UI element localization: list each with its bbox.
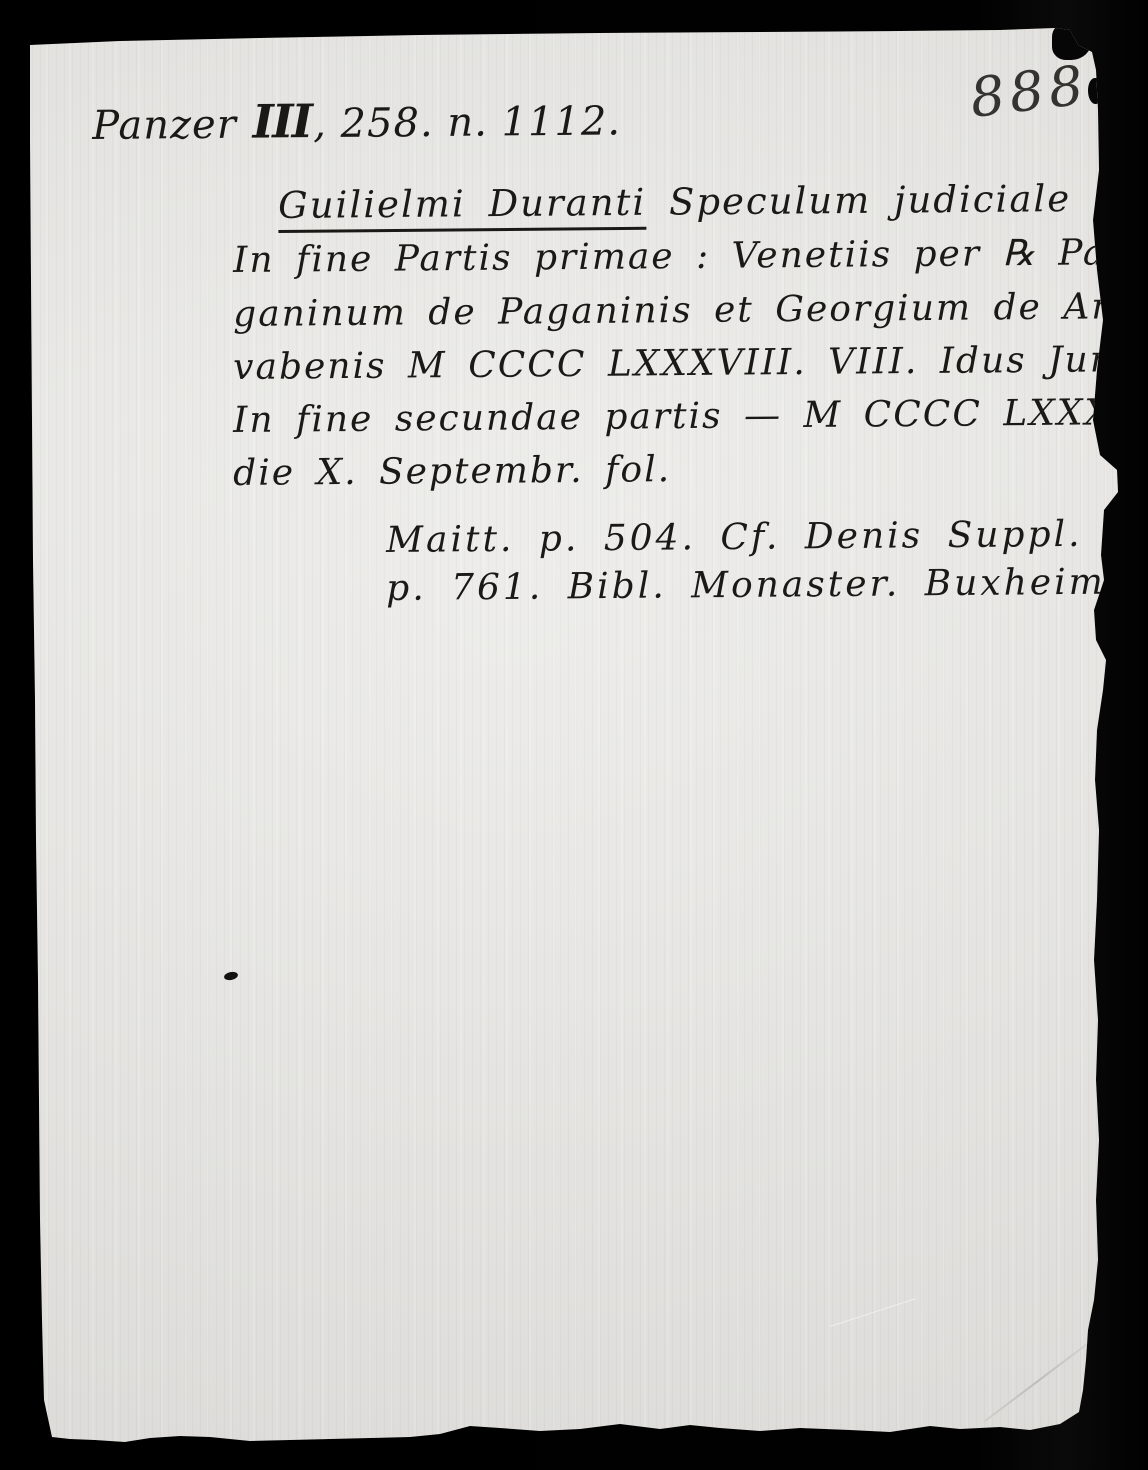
paper-crease (984, 1340, 1092, 1422)
reference-prefix: Panzer (92, 102, 251, 149)
manuscript-paper: 888 Panzer III, 258. n. 1112. Guilielmi … (0, 0, 1148, 1470)
work-title: Speculum judiciale . (646, 177, 1108, 224)
reference-number: , 258. n. 1112. (313, 98, 621, 147)
citation-line-2: p. 761. Bibl. Monaster. Buxheim . (386, 561, 1145, 609)
author-name-underlined: Guilielmi Duranti (278, 181, 646, 233)
body-line-4: In fine secundae partis — M CCCC LXXXVII… (233, 392, 1148, 441)
paper-scratch (830, 1298, 916, 1327)
reference-volume-numeral: III (250, 94, 313, 149)
body-line-2: ganinum de Paganinis et Georgium de Ari- (233, 286, 1138, 335)
body-line-3: vabenis M CCCC LXXXVIII. VIII. Idus Juni… (233, 339, 1148, 388)
archive-number: 888 (967, 53, 1092, 130)
body-line-5: die X. Septembr. fol. (233, 449, 671, 494)
ink-blot (223, 971, 238, 982)
citation-line-1: Maitt. p. 504. Cf. Denis Suppl. (386, 514, 1083, 561)
reference-line: Panzer III, 258. n. 1112. (92, 91, 621, 150)
scanned-manuscript-page: { "colors": { "background": "#000000", "… (0, 0, 1148, 1470)
entry-title-line: Guilielmi Duranti Speculum judiciale . (278, 177, 1108, 227)
body-line-1: In fine Partis primae : Venetiis per ℞ P… (233, 232, 1121, 281)
